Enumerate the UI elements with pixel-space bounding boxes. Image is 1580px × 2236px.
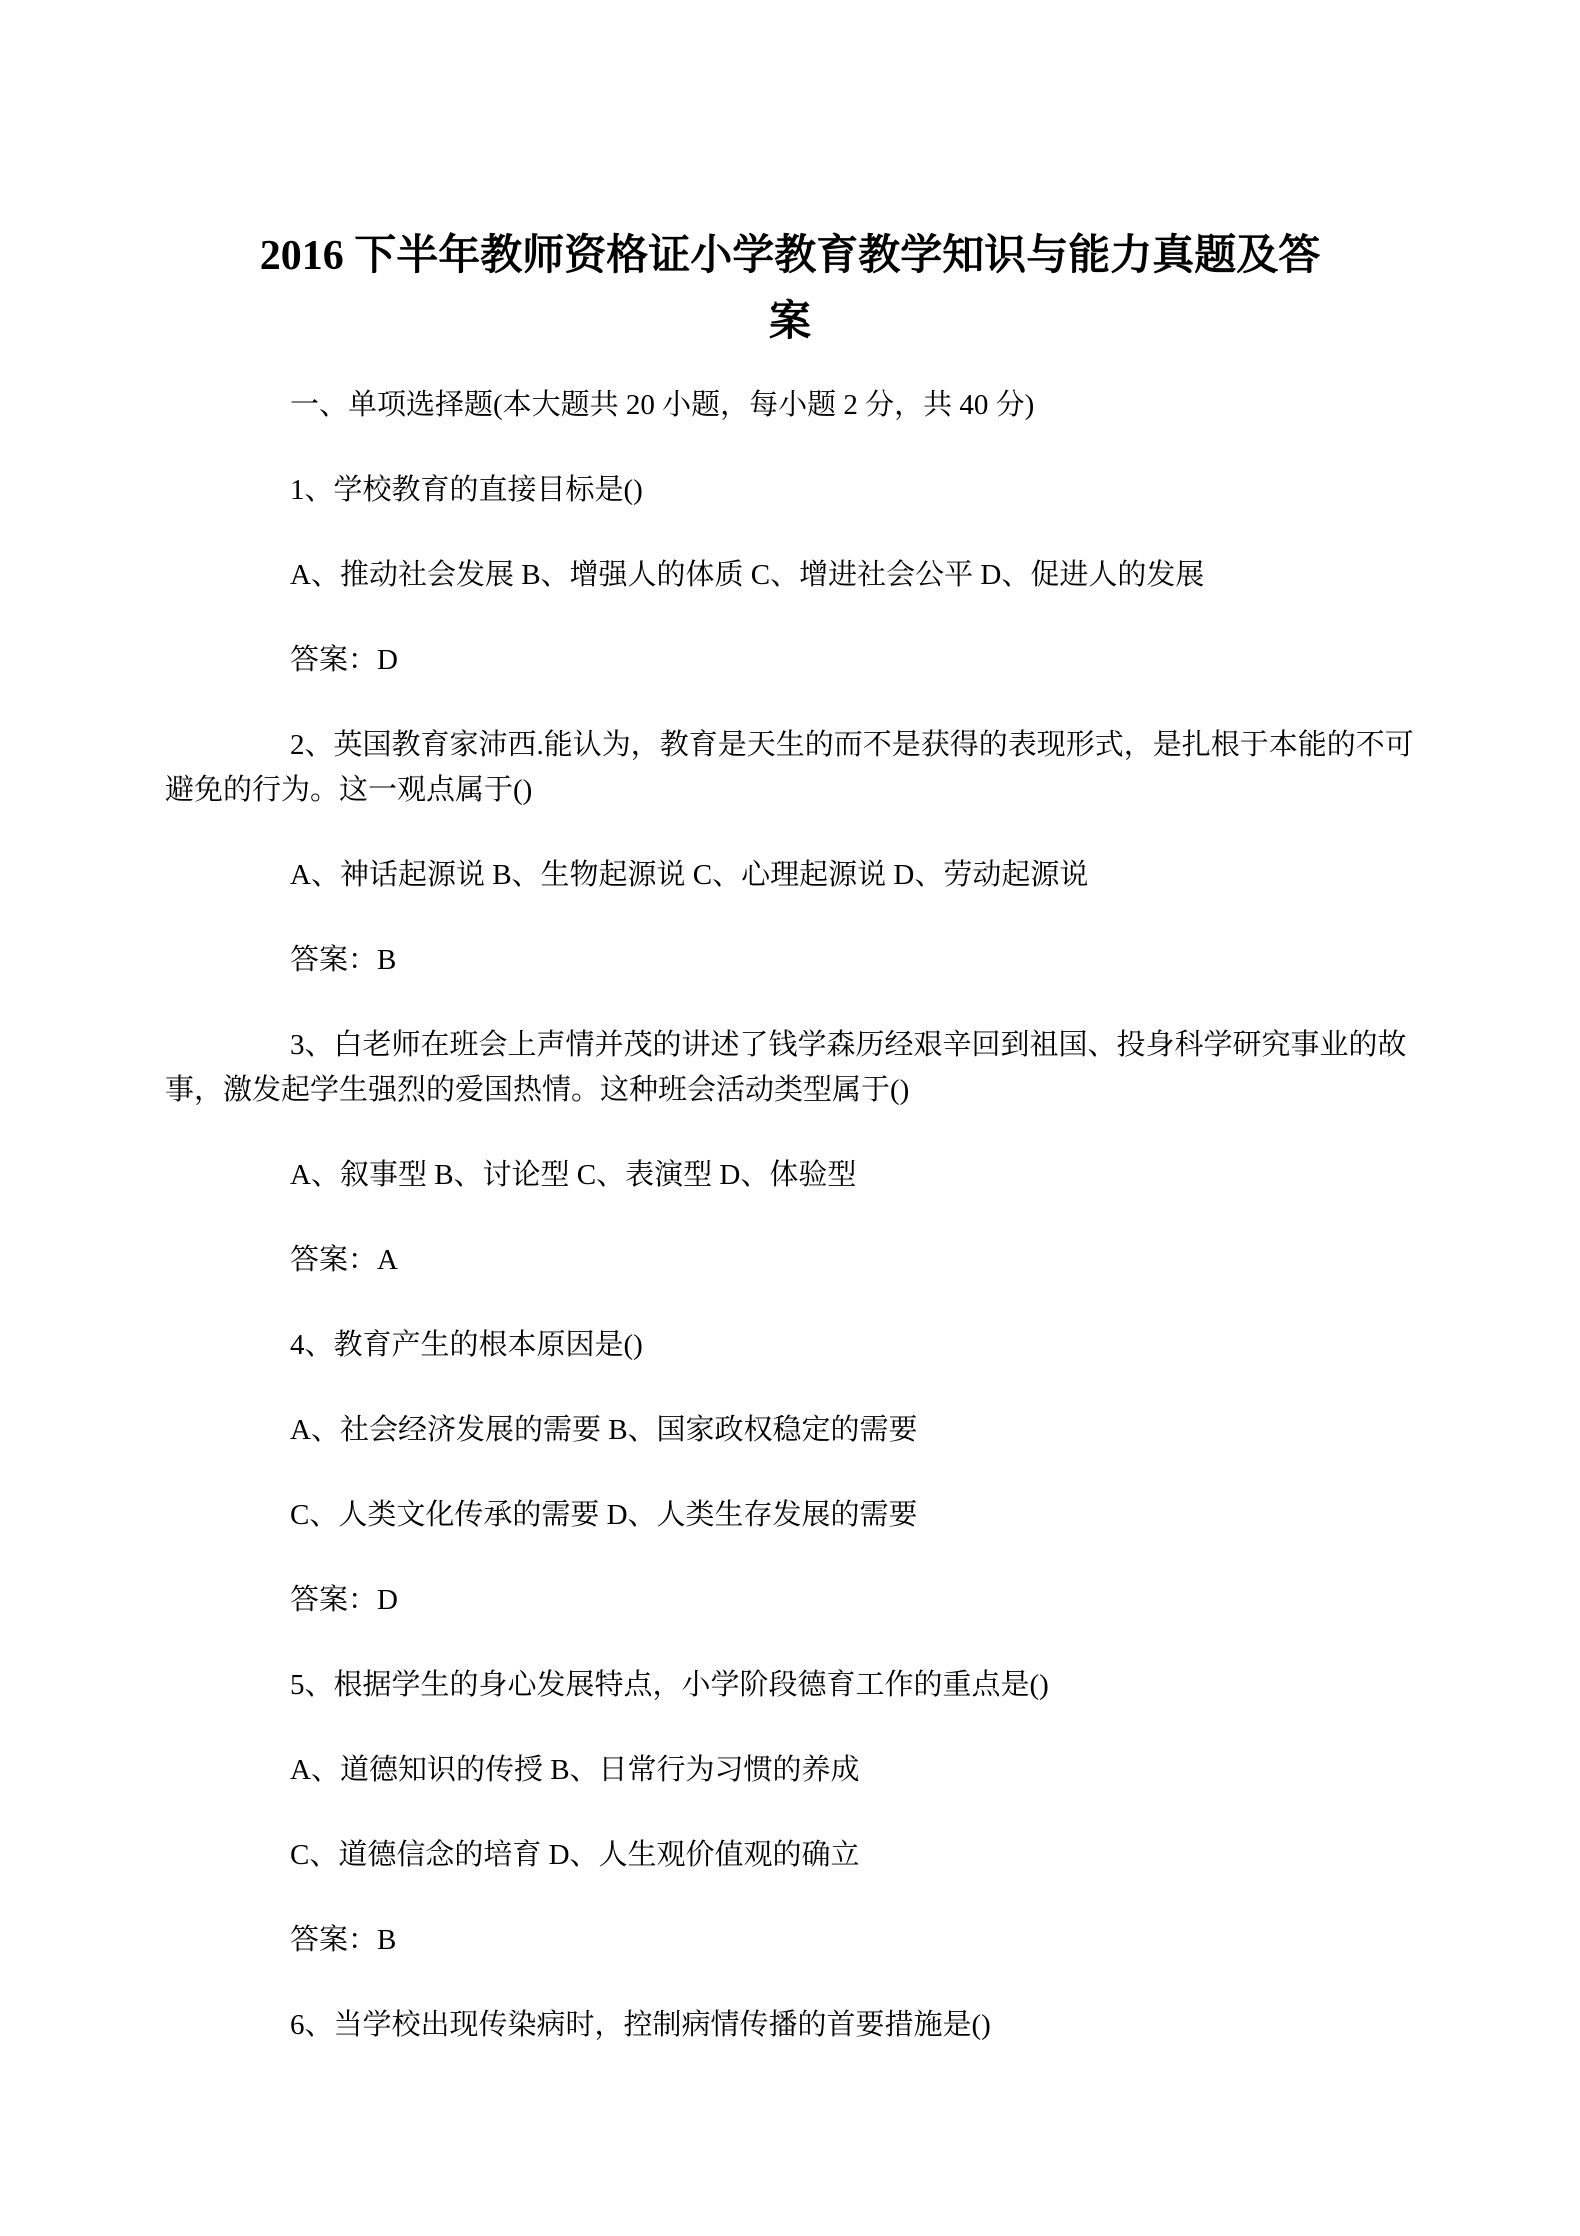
question-2: 2、英国教育家沛西.能认为，教育是天生的而不是获得的表现形式，是扎根于本能的不可… xyxy=(165,723,1415,813)
question-1: 1、学校教育的直接目标是() xyxy=(165,468,1415,513)
question-5-options-cd: C、道德信念的培育 D、人生观价值观的确立 xyxy=(165,1833,1415,1878)
document-title-line-1: 2016 下半年教师资格证小学教育教学知识与能力真题及答 xyxy=(165,223,1415,289)
question-4-options-cd: C、人类文化传承的需要 D、人类生存发展的需要 xyxy=(165,1493,1415,1538)
question-5-answer: 答案：B xyxy=(165,1918,1415,1963)
question-5-options-ab: A、道德知识的传授 B、日常行为习惯的养成 xyxy=(165,1748,1415,1793)
document-body: 一、单项选择题(本大题共 20 小题，每小题 2 分，共 40 分)1、学校教育… xyxy=(165,383,1415,2048)
document-title: 2016 下半年教师资格证小学教育教学知识与能力真题及答 案 xyxy=(165,223,1415,355)
document-page: 2016 下半年教师资格证小学教育教学知识与能力真题及答 案 一、单项选择题(本… xyxy=(0,0,1580,2236)
question-1-options: A、推动社会发展 B、增强人的体质 C、增进社会公平 D、促进人的发展 xyxy=(165,553,1415,598)
document-title-line-2: 案 xyxy=(165,289,1415,355)
question-4: 4、教育产生的根本原因是() xyxy=(165,1323,1415,1368)
question-4-options-ab: A、社会经济发展的需要 B、国家政权稳定的需要 xyxy=(165,1408,1415,1453)
question-5: 5、根据学生的身心发展特点，小学阶段德育工作的重点是() xyxy=(165,1663,1415,1708)
question-3-options: A、叙事型 B、讨论型 C、表演型 D、体验型 xyxy=(165,1153,1415,1198)
question-6: 6、当学校出现传染病时，控制病情传播的首要措施是() xyxy=(165,2003,1415,2048)
section-heading: 一、单项选择题(本大题共 20 小题，每小题 2 分，共 40 分) xyxy=(165,383,1415,428)
question-4-answer: 答案：D xyxy=(165,1578,1415,1623)
question-3-answer: 答案：A xyxy=(165,1238,1415,1283)
question-1-answer: 答案：D xyxy=(165,638,1415,683)
question-2-options: A、神话起源说 B、生物起源说 C、心理起源说 D、劳动起源说 xyxy=(165,853,1415,898)
question-3: 3、白老师在班会上声情并茂的讲述了钱学森历经艰辛回到祖国、投身科学研究事业的故事… xyxy=(165,1023,1415,1113)
question-2-answer: 答案：B xyxy=(165,938,1415,983)
